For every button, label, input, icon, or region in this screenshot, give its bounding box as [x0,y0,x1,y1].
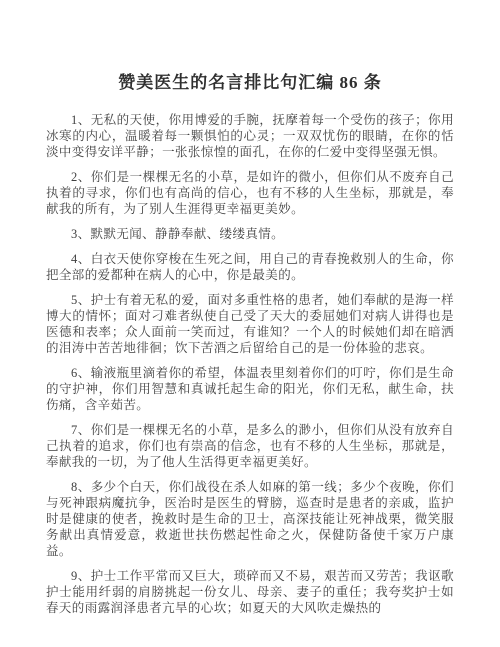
paragraph-2: 2、你们是一棵棵无名的小草，是如许的微小，但你们从不废弃自己执着的寻求，你们也有… [46,169,454,217]
paragraph-6: 6、输液瓶里滴着你的希望，体温表里刻着你们的叮咛，你们是生命的守护神，你们用智慧… [46,365,454,413]
paragraph-4: 4、白衣天使你穿梭在生死之间，用自己的青春挽救别人的生命，你把全部的爱都种在病人… [46,251,454,283]
document-title: 赞美医生的名言排比句汇编 86 条 [0,0,500,96]
paragraph-3: 3、默默无闻、静静奉献、缕缕真情。 [46,226,454,242]
paragraph-9: 9、护士工作平常而又巨大，琐碎而又不易，艰苦而又劳苦；我讴歌护士能用纤弱的肩膀挑… [46,568,454,616]
paragraph-8: 8、多少个白天，你们战役在杀人如麻的第一线；多少个夜晚，你们与死神跟病魔抗争，医… [46,479,454,559]
paragraph-7: 7、你们是一棵棵无名的小草，是多么的渺小，但你们从没有放弃自己执着的追求，你们也… [46,422,454,470]
document-page: 赞美医生的名言排比句汇编 86 条 1、无私的天使，你用博爱的手腕，抚摩着每一个… [0,0,500,647]
paragraph-5: 5、护士有着无私的爱，面对多重性格的患者，她们奉献的是海一样博大的情怀；面对刁难… [46,292,454,356]
paragraph-1: 1、无私的天使，你用博爱的手腕，抚摩着每一个受伤的孩子；你用冰寒的内心，温暖着每… [46,112,454,160]
document-body: 1、无私的天使，你用博爱的手腕，抚摩着每一个受伤的孩子；你用冰寒的内心，温暖着每… [46,112,454,616]
